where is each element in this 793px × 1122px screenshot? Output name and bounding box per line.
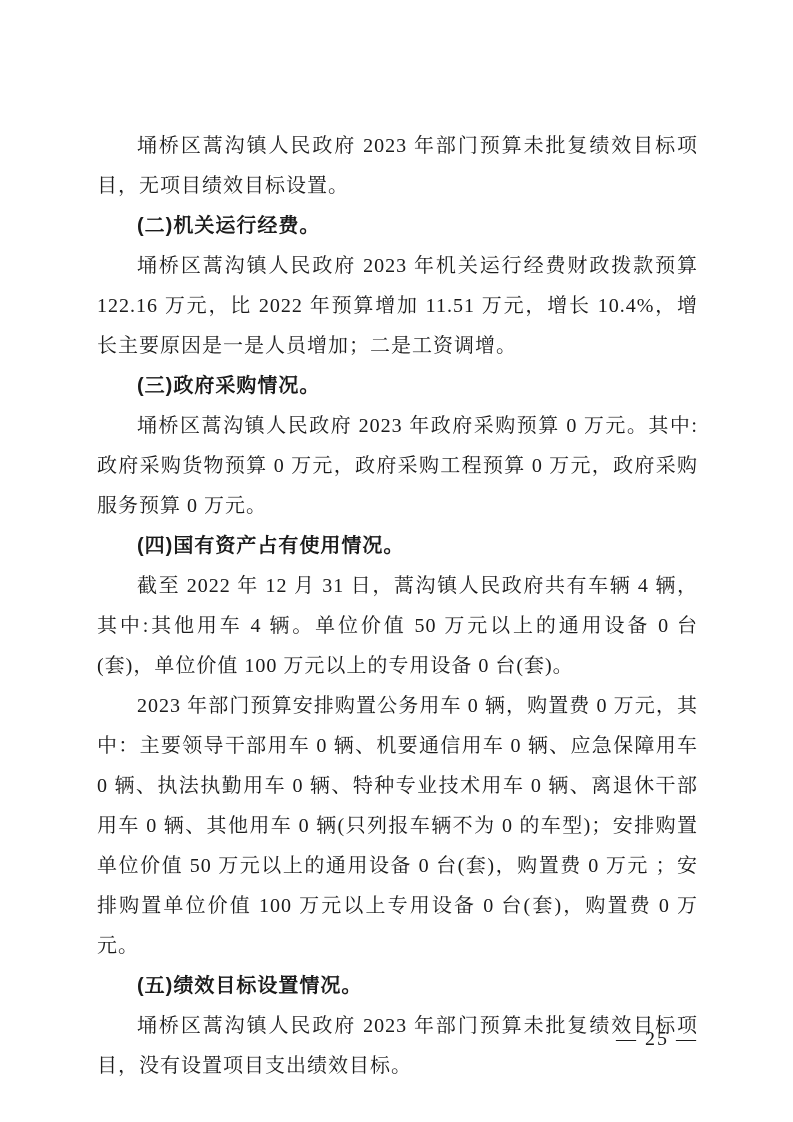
document-page: 埇桥区蒿沟镇人民政府 2023 年部门预算未批复绩效目标项目，无项目绩效目标设置… [0, 0, 793, 1122]
heading-agency-operating-expenses: (二)机关运行经费。 [97, 206, 698, 246]
heading-performance-target-setting: (五)绩效目标设置情况。 [97, 966, 698, 1006]
para-no-approved-performance-targets: 埇桥区蒿沟镇人民政府 2023 年部门预算未批复绩效目标项目，无项目绩效目标设置… [97, 126, 698, 206]
para-government-procurement-budget: 埇桥区蒿沟镇人民政府 2023 年政府采购预算 0 万元。其中:政府采购货物预算… [97, 406, 698, 526]
page-number: — 25 — [616, 1024, 698, 1054]
heading-state-owned-assets: (四)国有资产占有使用情况。 [97, 526, 698, 566]
para-vehicle-purchase-plan: 2023 年部门预算安排购置公务用车 0 辆，购置费 0 万元，其中：主要领导干… [97, 686, 698, 966]
para-operating-expenses-budget: 埇桥区蒿沟镇人民政府 2023 年机关运行经费财政拨款预算 122.16 万元，… [97, 246, 698, 366]
document-body: 埇桥区蒿沟镇人民政府 2023 年部门预算未批复绩效目标项目，无项目绩效目标设置… [97, 126, 698, 1086]
para-state-assets-vehicles-equipment: 截至 2022 年 12 月 31 日，蒿沟镇人民政府共有车辆 4 辆，其中:其… [97, 566, 698, 686]
para-performance-target-setting: 埇桥区蒿沟镇人民政府 2023 年部门预算未批复绩效目标项目，没有设置项目支出绩… [97, 1006, 698, 1086]
heading-government-procurement: (三)政府采购情况。 [97, 366, 698, 406]
